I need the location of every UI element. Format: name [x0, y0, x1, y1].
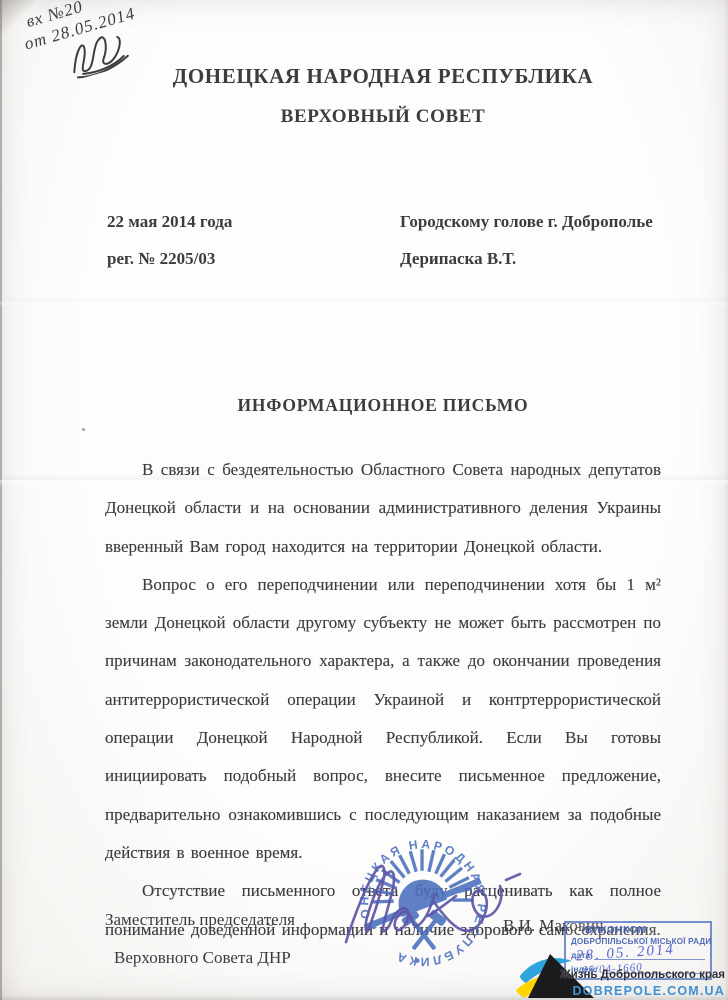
scan-left-edge	[0, 0, 2, 1000]
signatory-position-line1: Заместитель председателя	[105, 901, 295, 939]
site-watermark: Жизнь Добропольского края DOBREPOLE.COM.…	[518, 948, 728, 1000]
letter-addressee: Городскому голове г. Доброполье Дерипаск…	[400, 203, 653, 277]
scanned-letter-page: вх №20 от 28.05.2014 ДОНЕЦКАЯ НАРОДНАЯ Р…	[0, 0, 728, 1000]
addressee-title: Городскому голове г. Доброполье	[400, 203, 653, 240]
signatory-position-line2: Верховного Совета ДНР	[105, 939, 295, 977]
letterhead: ДОНЕЦКАЯ НАРОДНАЯ РЕСПУБЛИКА ВЕРХОВНЫЙ С…	[105, 64, 661, 128]
watermark-text: Жизнь Добропольского края DOBREPOLE.COM.…	[560, 969, 725, 998]
letterhead-republic-name: ДОНЕЦКАЯ НАРОДНАЯ РЕСПУБЛИКА	[105, 64, 661, 89]
paper-crease	[0, 296, 728, 308]
watermark-site-url: DOBREPOLE.COM.UA	[560, 984, 725, 998]
addressee-name: Дерипаска В.Т.	[400, 240, 653, 277]
handwritten-signature	[328, 838, 528, 958]
scan-speck	[82, 428, 85, 431]
letterhead-council-name: ВЕРХОВНЫЙ СОВЕТ	[105, 106, 661, 128]
document-title: ИНФОРМАЦИОННОЕ ПИСЬМО	[105, 395, 661, 416]
signatory-position: Заместитель председателя Верховного Сове…	[105, 901, 295, 977]
paragraph-1: В связи с бездеятельностью Областного Со…	[105, 451, 661, 566]
stamp-bottom-dot	[415, 958, 420, 963]
watermark-site-name: Жизнь Добропольского края	[560, 969, 725, 981]
letter-meta: 22 мая 2014 года рег. № 2205/03 Городско…	[107, 203, 661, 277]
rect-stamp-org-line1: ВИКОНКОМ	[585, 925, 705, 936]
